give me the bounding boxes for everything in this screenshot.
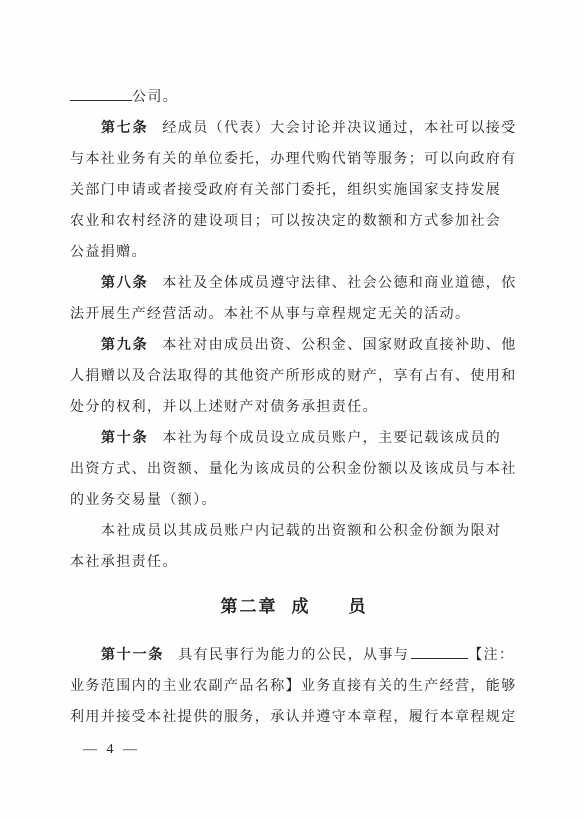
article-10-para2-text-1: 本社成员以其成员账户内记载的出资额和公积金份额为限对 bbox=[101, 524, 501, 539]
article-7-label: 第七条 bbox=[101, 121, 148, 136]
article-11-text-1a: 具有民事行为能力的公民，从事与 bbox=[178, 648, 409, 663]
article-7-text-1: 经成员（代表）大会讨论并决议通过，本社可以接受 bbox=[162, 121, 516, 136]
article-10-para-2-line-2: 本社承担责任。 bbox=[70, 547, 518, 578]
article-10-line-3: 的业务交易量（额）。 bbox=[70, 485, 518, 516]
chapter-2-title-char-1: 成 bbox=[292, 597, 311, 616]
article-9-line-2: 人捐赠以及合法取得的其他资产所形成的财产，享有占有、使用和 bbox=[70, 361, 518, 392]
article-8-text-2: 法开展生产经营活动。本社不从事与章程规定无关的活动。 bbox=[70, 307, 470, 322]
article-11-line-3: 利用并接受本社提供的服务，承认并遵守本章程，履行本章程规定 bbox=[70, 702, 518, 733]
article-10-text-1: 本社为每个成员设立成员账户，主要记载该成员的 bbox=[162, 431, 501, 446]
article-7-line-4: 农业和农村经济的建设项目；可以按决定的数额和方式参加社会 bbox=[70, 206, 518, 237]
article-11-text-1b: 【注： bbox=[468, 648, 514, 663]
article-7-line-1: 第七条经成员（代表）大会讨论并决议通过，本社可以接受 bbox=[70, 113, 518, 144]
document-page: 公司。 第七条经成员（代表）大会讨论并决议通过，本社可以接受 与本社业务有关的单… bbox=[0, 0, 584, 820]
chapter-2-number: 第二章 bbox=[221, 597, 278, 616]
article-7-line-3: 关部门申请或者接受政府有关部门委托，组织实施国家支持发展 bbox=[70, 175, 518, 206]
article-9-text-2: 人捐赠以及合法取得的其他资产所形成的财产，享有占有、使用和 bbox=[70, 369, 517, 384]
chapter-2-title-char-2: 员 bbox=[349, 597, 368, 616]
fill-in-blank-product-name bbox=[411, 645, 468, 659]
article-9-line-3: 处分的权利，并以上述财产对债务承担责任。 bbox=[70, 392, 518, 423]
article-10-para-2-line-1: 本社成员以其成员账户内记载的出资额和公积金份额为限对 bbox=[70, 516, 518, 547]
article-7-line-2: 与本社业务有关的单位委托，办理代购代销等服务；可以向政府有 bbox=[70, 144, 518, 175]
article-10-text-2: 出资方式、出资额、量化为该成员的公积金份额以及该成员与本社 bbox=[70, 462, 517, 477]
article-7-text-2: 与本社业务有关的单位委托，办理代购代销等服务；可以向政府有 bbox=[70, 152, 517, 167]
article-9-label: 第九条 bbox=[101, 338, 148, 353]
article-9-text-1: 本社对由成员出资、公积金、国家财政直接补助、他 bbox=[162, 338, 516, 353]
intro-tail-text: 公司。 bbox=[132, 90, 178, 105]
document-body: 公司。 第七条经成员（代表）大会讨论并决议通过，本社可以接受 与本社业务有关的单… bbox=[70, 82, 518, 733]
article-11-label: 第十一条 bbox=[101, 648, 164, 663]
article-9-text-3: 处分的权利，并以上述财产对债务承担责任。 bbox=[70, 400, 378, 415]
page-number: — 4 — bbox=[83, 738, 140, 762]
article-10-label: 第十条 bbox=[101, 431, 148, 446]
fill-in-blank-company-name bbox=[70, 87, 132, 101]
article-7-text-5: 公益捐赠。 bbox=[70, 245, 147, 260]
article-8-line-2: 法开展生产经营活动。本社不从事与章程规定无关的活动。 bbox=[70, 299, 518, 330]
article-8-label: 第八条 bbox=[101, 276, 148, 291]
article-11-text-3: 利用并接受本社提供的服务，承认并遵守本章程，履行本章程规定 bbox=[70, 710, 517, 725]
article-8-line-1: 第八条本社及全体成员遵守法律、社会公德和商业道德，依 bbox=[70, 268, 518, 299]
article-7-text-3: 关部门申请或者接受政府有关部门委托，组织实施国家支持发展 bbox=[70, 183, 501, 198]
article-11-line-2: 业务范围内的主业农副产品名称】业务直接有关的生产经营，能够 bbox=[70, 671, 518, 702]
intro-continuation-line: 公司。 bbox=[70, 82, 518, 113]
article-7-text-4: 农业和农村经济的建设项目；可以按决定的数额和方式参加社会 bbox=[70, 214, 501, 229]
article-10-line-2: 出资方式、出资额、量化为该成员的公积金份额以及该成员与本社 bbox=[70, 454, 518, 485]
article-10-para2-text-2: 本社承担责任。 bbox=[70, 555, 178, 570]
article-9-line-1: 第九条本社对由成员出资、公积金、国家财政直接补助、他 bbox=[70, 330, 518, 361]
article-10-line-1: 第十条本社为每个成员设立成员账户，主要记载该成员的 bbox=[70, 423, 518, 454]
article-7-line-5: 公益捐赠。 bbox=[70, 237, 518, 268]
article-11-line-1: 第十一条具有民事行为能力的公民，从事与【注： bbox=[70, 640, 518, 671]
article-11-text-2: 业务范围内的主业农副产品名称】业务直接有关的生产经营，能够 bbox=[70, 679, 517, 694]
article-10-text-3: 的业务交易量（额）。 bbox=[70, 493, 217, 508]
chapter-2-heading: 第二章成员 bbox=[70, 591, 518, 622]
article-8-text-1: 本社及全体成员遵守法律、社会公德和商业道德，依 bbox=[162, 276, 516, 291]
